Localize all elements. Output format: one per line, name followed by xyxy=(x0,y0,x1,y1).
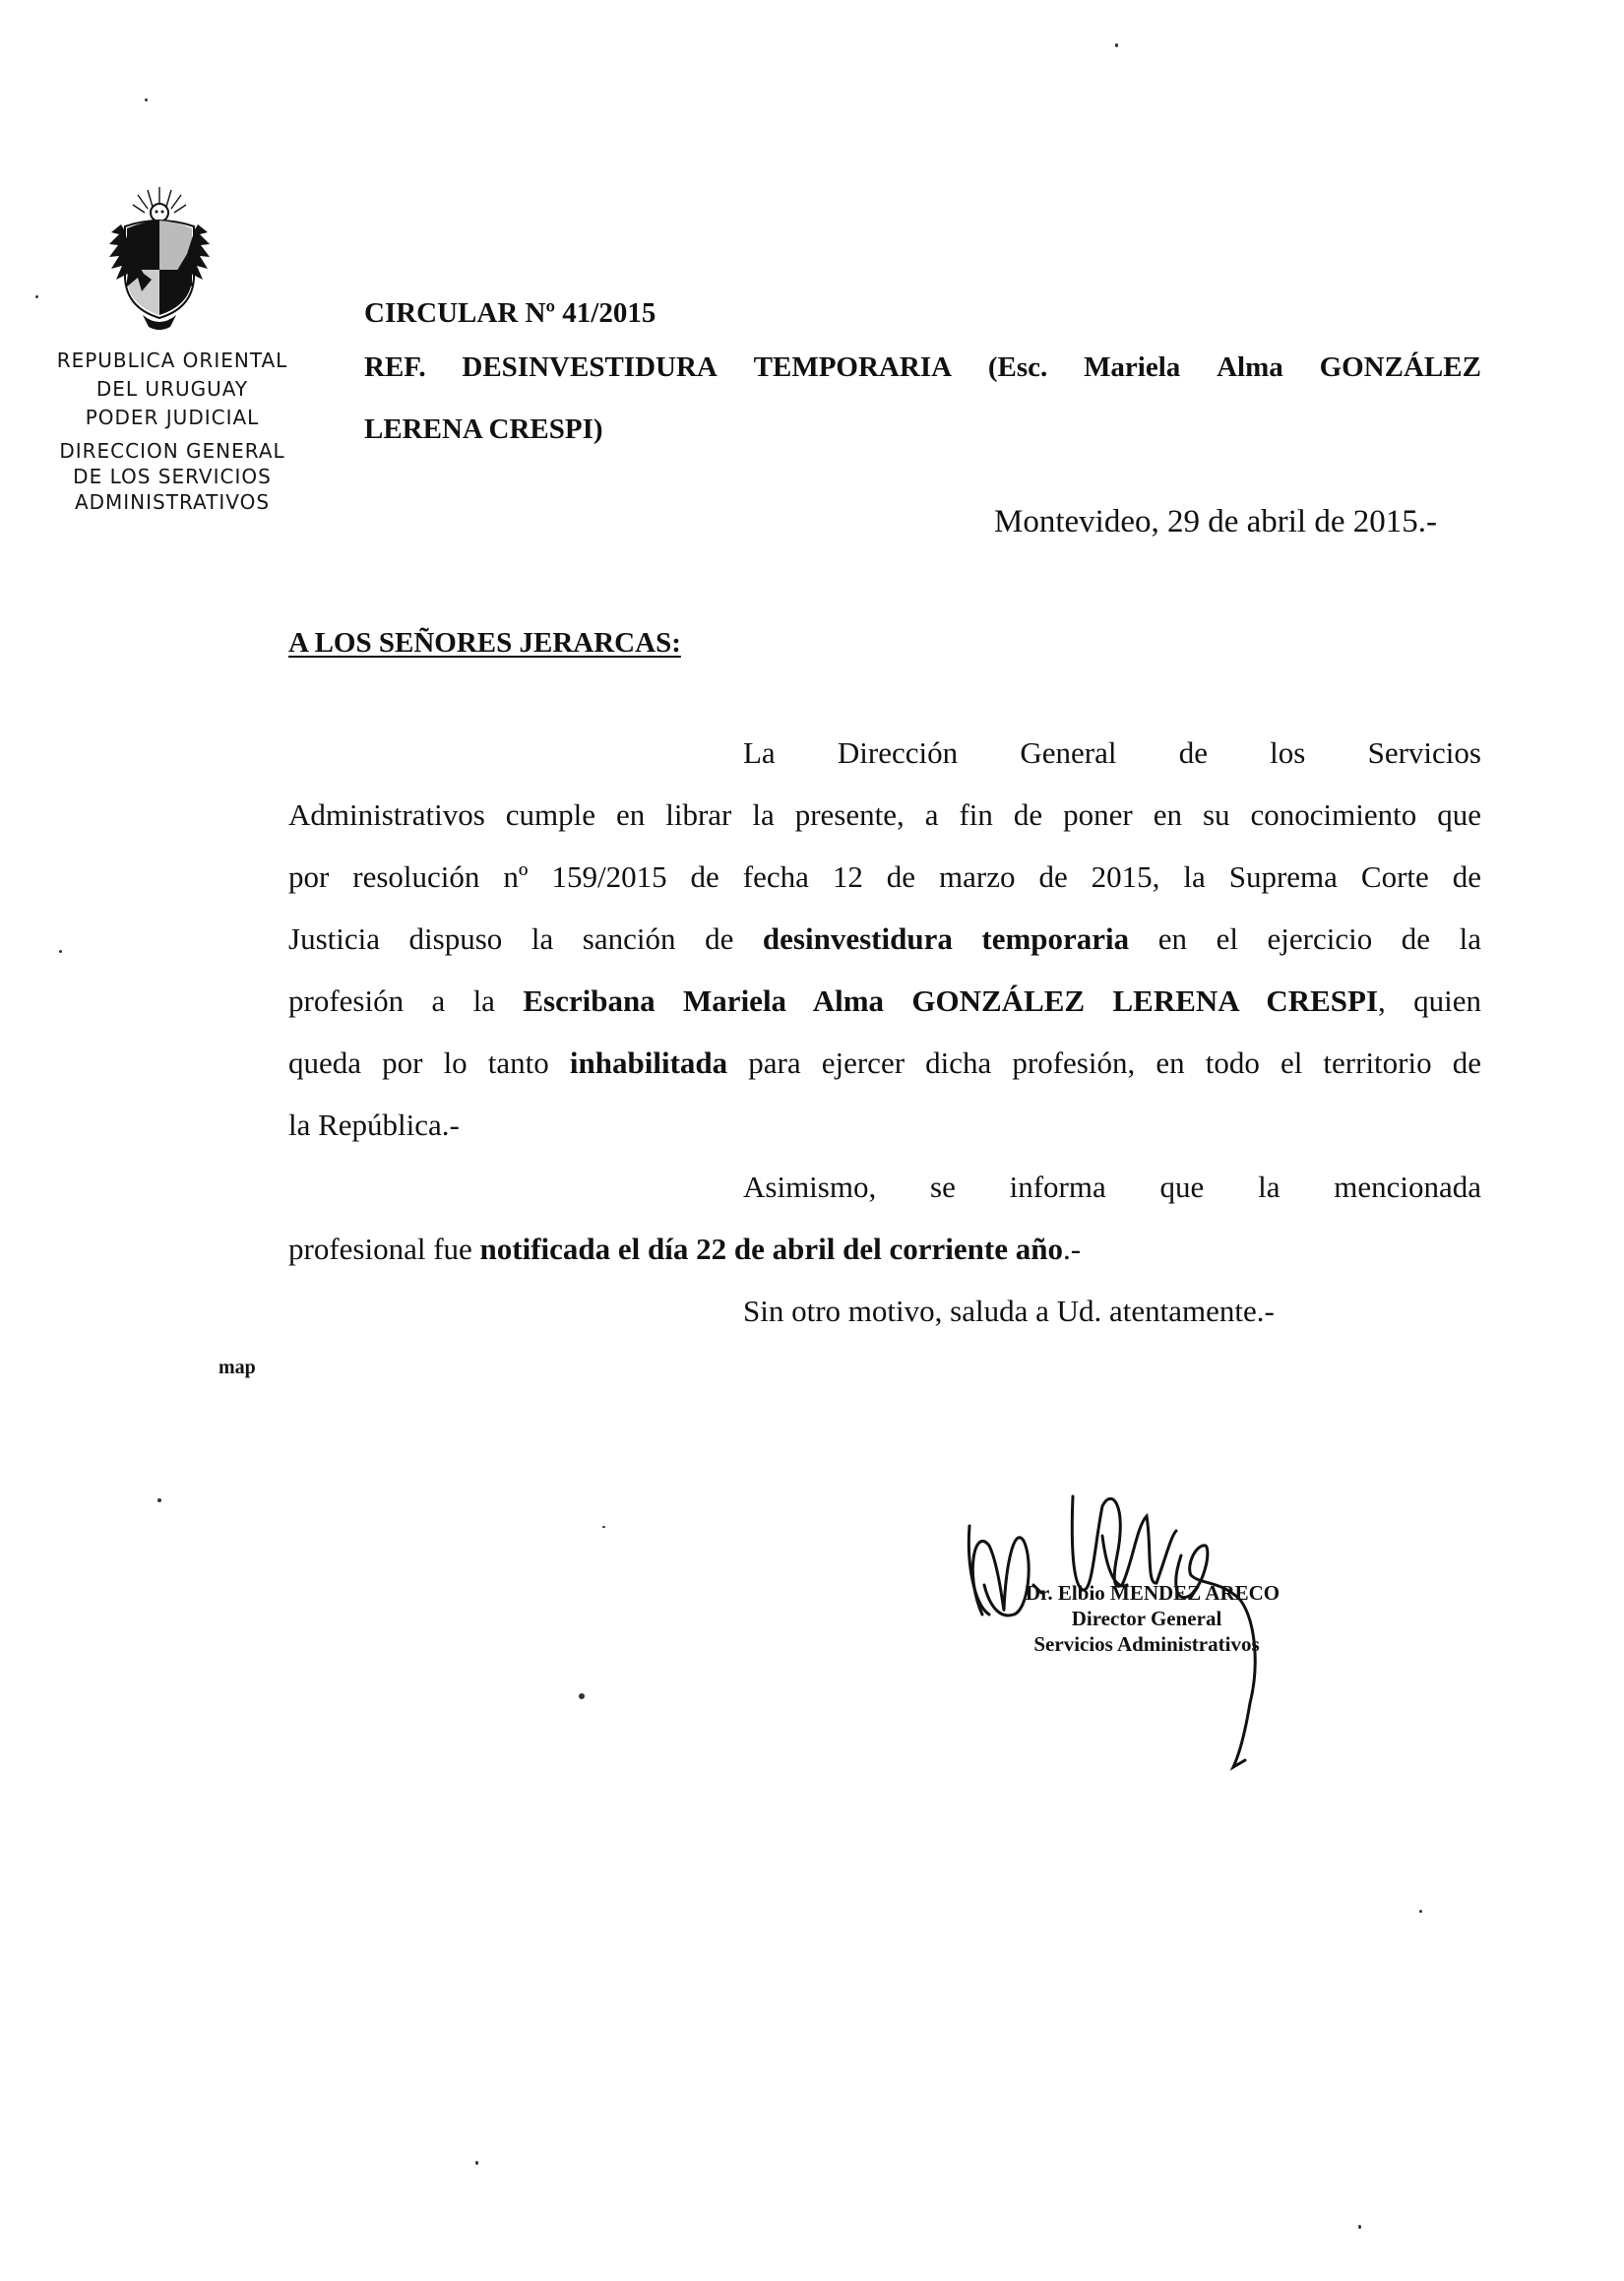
body-paragraph-1: La Dirección General de los Servicios Ad… xyxy=(288,722,1481,1156)
scan-speck xyxy=(145,98,148,101)
reference-line: REF. DESINVESTIDURA TEMPORARIA (Esc. Mar… xyxy=(364,351,1481,384)
scan-speck xyxy=(35,295,38,298)
ref-word: (Esc. xyxy=(988,351,1047,384)
scan-speck xyxy=(59,950,62,953)
body-word: Servicios xyxy=(1368,722,1481,784)
body-line: queda por lo tanto inhabilitada para eje… xyxy=(288,1032,1481,1094)
body-word: la xyxy=(1258,1156,1280,1218)
body-word: mencionada xyxy=(1334,1156,1481,1218)
signatory-title: Director General xyxy=(984,1606,1309,1631)
coat-of-arms-icon xyxy=(94,185,226,333)
body-text: profesión a la xyxy=(288,983,523,1018)
ref-word: Mariela xyxy=(1084,351,1180,384)
typist-initials: map xyxy=(219,1357,256,1379)
scan-speck xyxy=(602,1526,605,1528)
body-text: en el ejercicio de la xyxy=(1129,921,1481,956)
signatory-office: Servicios Administrativos xyxy=(984,1631,1309,1657)
body-line: profesión a la Escribana Mariela Alma GO… xyxy=(288,970,1481,1032)
institution-line: PODER JUDICIAL xyxy=(39,404,305,432)
ref-word: Alma xyxy=(1217,351,1283,384)
salutation: A LOS SEÑORES JERARCAS: xyxy=(288,627,681,660)
document-date: Montevideo, 29 de abril de 2015.- xyxy=(994,504,1437,540)
emphasis-notary-name: Escribana Mariela Alma GONZÁLEZ LERENA C… xyxy=(523,983,1378,1018)
body-word: que xyxy=(1160,1156,1205,1218)
body-text: .- xyxy=(1063,1232,1081,1266)
body-line: Administrativos cumple en librar la pres… xyxy=(288,784,1481,846)
body-word: Asimismo, xyxy=(743,1156,876,1218)
emphasis-disqualified: inhabilitada xyxy=(570,1045,727,1080)
institution-line: REPUBLICA ORIENTAL xyxy=(39,347,305,375)
body-line: Asimismo, se informa que la mencionada xyxy=(288,1156,1481,1218)
body-word: de xyxy=(1179,722,1208,784)
signature-block: Dr. Elbio MENDEZ ARECO Director General … xyxy=(984,1580,1309,1657)
ref-word: GONZÁLEZ xyxy=(1320,351,1481,384)
ref-word: TEMPORARIA xyxy=(754,351,952,384)
body-text: profesional fue xyxy=(288,1232,480,1266)
body-text: para ejercer dicha profesión, en todo el… xyxy=(727,1045,1481,1080)
ref-word: REF. xyxy=(364,351,426,384)
document-page: REPUBLICA ORIENTAL DEL URUGUAY PODER JUD… xyxy=(0,0,1624,2281)
body-word: informa xyxy=(1010,1156,1106,1218)
scan-speck xyxy=(1358,2225,1361,2229)
body-line: la República.- xyxy=(288,1094,1481,1156)
scan-speck xyxy=(579,1693,585,1699)
body-line: La Dirección General de los Servicios xyxy=(288,722,1481,784)
scan-speck xyxy=(475,2161,478,2165)
institution-line: DE LOS SERVICIOS xyxy=(39,464,305,489)
body-text: Justicia dispuso la sanción de xyxy=(288,921,763,956)
institution-line: DEL URUGUAY xyxy=(39,375,305,404)
closing-line: Sin otro motivo, saluda a Ud. atentament… xyxy=(288,1280,1481,1342)
body-text: queda por lo tanto xyxy=(288,1045,570,1080)
body-word: Dirección xyxy=(838,722,958,784)
scan-speck xyxy=(1115,43,1118,47)
signatory-name: Dr. Elbio MENDEZ ARECO xyxy=(996,1580,1309,1606)
body-text: , quien xyxy=(1378,983,1481,1018)
circular-number: CIRCULAR Nº 41/2015 xyxy=(364,297,656,330)
body-line: profesional fue notificada el día 22 de … xyxy=(288,1218,1481,1280)
institution-line: ADMINISTRATIVOS xyxy=(39,489,305,515)
institution-header: REPUBLICA ORIENTAL DEL URUGUAY PODER JUD… xyxy=(39,347,305,515)
institution-line: DIRECCION GENERAL xyxy=(39,438,305,464)
ref-word: DESINVESTIDURA xyxy=(462,351,717,384)
scan-speck xyxy=(1419,1910,1422,1913)
body-paragraph-2: Asimismo, se informa que la mencionada p… xyxy=(288,1156,1481,1342)
body-line: por resolución nº 159/2015 de fecha 12 d… xyxy=(288,846,1481,908)
scan-speck xyxy=(157,1498,161,1502)
body-word: General xyxy=(1020,722,1116,784)
body-line: Justicia dispuso la sanción de desinvest… xyxy=(288,908,1481,970)
emphasis-sanction: desinvestidura temporaria xyxy=(763,921,1129,956)
body-word: se xyxy=(930,1156,956,1218)
body-word: La xyxy=(743,722,776,784)
body-word: los xyxy=(1270,722,1305,784)
emphasis-notification-date: notificada el día 22 de abril del corrie… xyxy=(480,1232,1063,1266)
reference-line-continued: LERENA CRESPI) xyxy=(364,413,603,446)
